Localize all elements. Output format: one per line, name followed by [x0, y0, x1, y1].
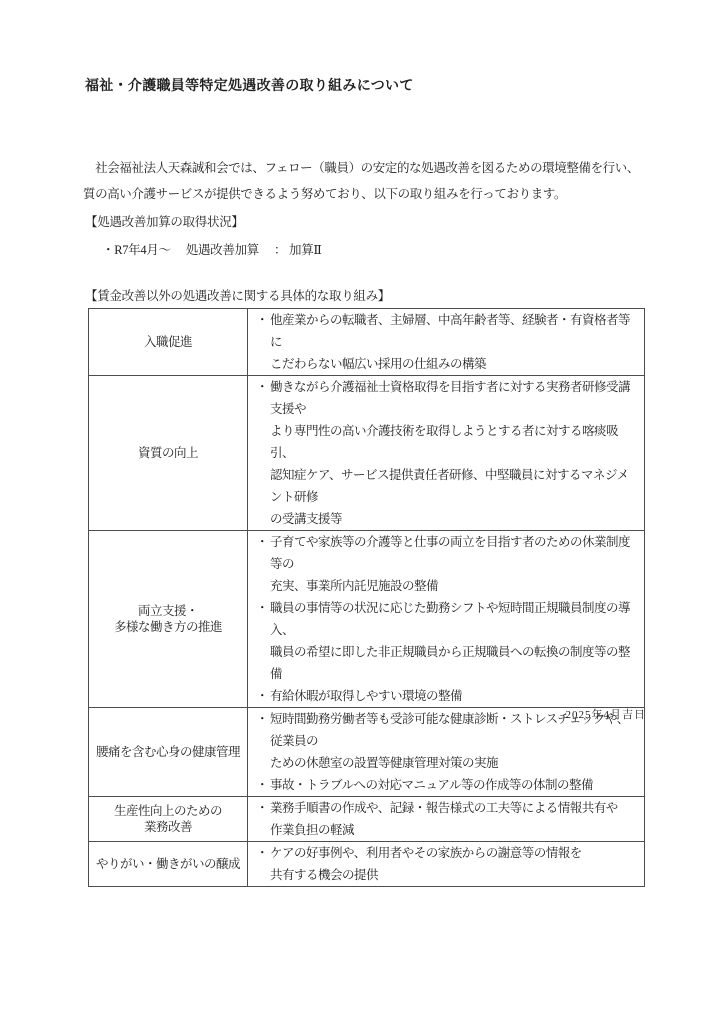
table-row: 入職促進・他産業からの転職者、主婦層、中高年齢者等、経験者・有資格者等に こだわ… [89, 309, 645, 376]
bullet-item: ・他産業からの転職者、主婦層、中高年齢者等、経験者・有資格者等に こだわらない幅… [256, 309, 638, 375]
bullet-text: 有給休暇が取得しやすい環境の整備 [270, 685, 462, 707]
category-cell: 入職促進 [89, 309, 248, 376]
bullet-text: 他産業からの転職者、主婦層、中高年齢者等、経験者・有資格者等に こだわらない幅広… [270, 309, 638, 375]
bullet-item: ・ケアの好事例や、利用者やその家族からの謝意等の情報を 共有する機会の提供 [256, 842, 638, 886]
table-row: 資質の向上・働きながら介護福祉士資格取得を目指す者に対する実務者研修受講支援や … [89, 376, 645, 531]
bullet-marker-icon: ・ [256, 842, 270, 886]
bullet-item: ・業務手順書の作成や、記録・報告様式の工夫等による情報共有や 作業負担の軽減 [256, 797, 638, 841]
bullet-marker-icon: ・ [256, 797, 270, 841]
bullet-item: ・有給休暇が取得しやすい環境の整備 [256, 685, 638, 707]
initiatives-table-body: 入職促進・他産業からの転職者、主婦層、中高年齢者等、経験者・有資格者等に こだわ… [89, 309, 645, 887]
bullet-text: 業務手順書の作成や、記録・報告様式の工夫等による情報共有や 作業負担の軽減 [270, 797, 618, 841]
category-cell: 資質の向上 [89, 376, 248, 531]
table-row: 生産性向上のための 業務改善・業務手順書の作成や、記録・報告様式の工夫等による情… [89, 797, 645, 842]
bullet-text: 事故・トラブルへの対応マニュアル等の作成等の体制の整備 [270, 774, 593, 796]
details-cell: ・ケアの好事例や、利用者やその家族からの謝意等の情報を 共有する機会の提供 [248, 842, 645, 887]
bullet-marker-icon: ・ [256, 376, 270, 530]
table-row: 両立支援・ 多様な働き方の推進・子育てや家族等の介護等と仕事の両立を目指す者のた… [89, 531, 645, 708]
details-cell: ・働きながら介護福祉士資格取得を目指す者に対する実務者研修受講支援や より専門性… [248, 376, 645, 531]
acquisition-status-line: ・R7年4月～ 処遇改善加算 ： 加算Ⅱ [102, 240, 322, 258]
bullet-text: 職員の事情等の状況に応じた勤務シフトや短時間正規職員制度の導入、 職員の希望に即… [270, 597, 638, 685]
bullet-marker-icon: ・ [256, 309, 270, 375]
section-heading-acquisition-status: 【処遇改善加算の取得状況】 [85, 212, 244, 230]
bullet-item: ・職員の事情等の状況に応じた勤務シフトや短時間正規職員制度の導入、 職員の希望に… [256, 597, 638, 685]
bullet-text: ケアの好事例や、利用者やその家族からの謝意等の情報を 共有する機会の提供 [270, 842, 582, 886]
details-cell: ・他産業からの転職者、主婦層、中高年齢者等、経験者・有資格者等に こだわらない幅… [248, 309, 645, 376]
bullet-marker-icon: ・ [256, 774, 270, 796]
bullet-text: 子育てや家族等の介護等と仕事の両立を目指す者のための休業制度等の 充実、事業所内… [270, 531, 638, 597]
category-cell: 生産性向上のための 業務改善 [89, 797, 248, 842]
table-row: 腰痛を含む心身の健康管理・短時間勤務労働者等も受診可能な健康診断・ストレスチェッ… [89, 708, 645, 797]
date-line: 2025年4月吉日 [566, 706, 647, 722]
category-cell: 両立支援・ 多様な働き方の推進 [89, 531, 248, 708]
intro-paragraph: 社会福祉法人天森誠和会では、フェロー（職員）の安定的な処遇改善を図るための環境整… [83, 155, 653, 207]
details-cell: ・子育てや家族等の介護等と仕事の両立を目指す者のための休業制度等の 充実、事業所… [248, 531, 645, 708]
document-page: 福祉・介護職員等特定処遇改善の取り組みについて 社会福祉法人天森誠和会では、フェ… [0, 0, 724, 1024]
initiatives-table: 入職促進・他産業からの転職者、主婦層、中高年齢者等、経験者・有資格者等に こだわ… [88, 308, 645, 887]
bullet-marker-icon: ・ [256, 531, 270, 597]
bullet-item: ・事故・トラブルへの対応マニュアル等の作成等の体制の整備 [256, 774, 638, 796]
table-row: やりがい・働きがいの醸成・ケアの好事例や、利用者やその家族からの謝意等の情報を … [89, 842, 645, 887]
category-cell: 腰痛を含む心身の健康管理 [89, 708, 248, 797]
category-cell: やりがい・働きがいの醸成 [89, 842, 248, 887]
bullet-item: ・子育てや家族等の介護等と仕事の両立を目指す者のための休業制度等の 充実、事業所… [256, 531, 638, 597]
page-title: 福祉・介護職員等特定処遇改善の取り組みについて [85, 75, 414, 95]
bullet-marker-icon: ・ [256, 597, 270, 685]
details-cell: ・業務手順書の作成や、記録・報告様式の工夫等による情報共有や 作業負担の軽減 [248, 797, 645, 842]
bullet-text: 働きながら介護福祉士資格取得を目指す者に対する実務者研修受講支援や より専門性の… [270, 376, 638, 530]
bullet-marker-icon: ・ [256, 685, 270, 707]
bullet-marker-icon: ・ [256, 708, 270, 774]
section-heading-initiatives: 【賃金改善以外の処遇改善に関する具体的な取り組み】 [85, 286, 390, 304]
bullet-item: ・働きながら介護福祉士資格取得を目指す者に対する実務者研修受講支援や より専門性… [256, 376, 638, 530]
